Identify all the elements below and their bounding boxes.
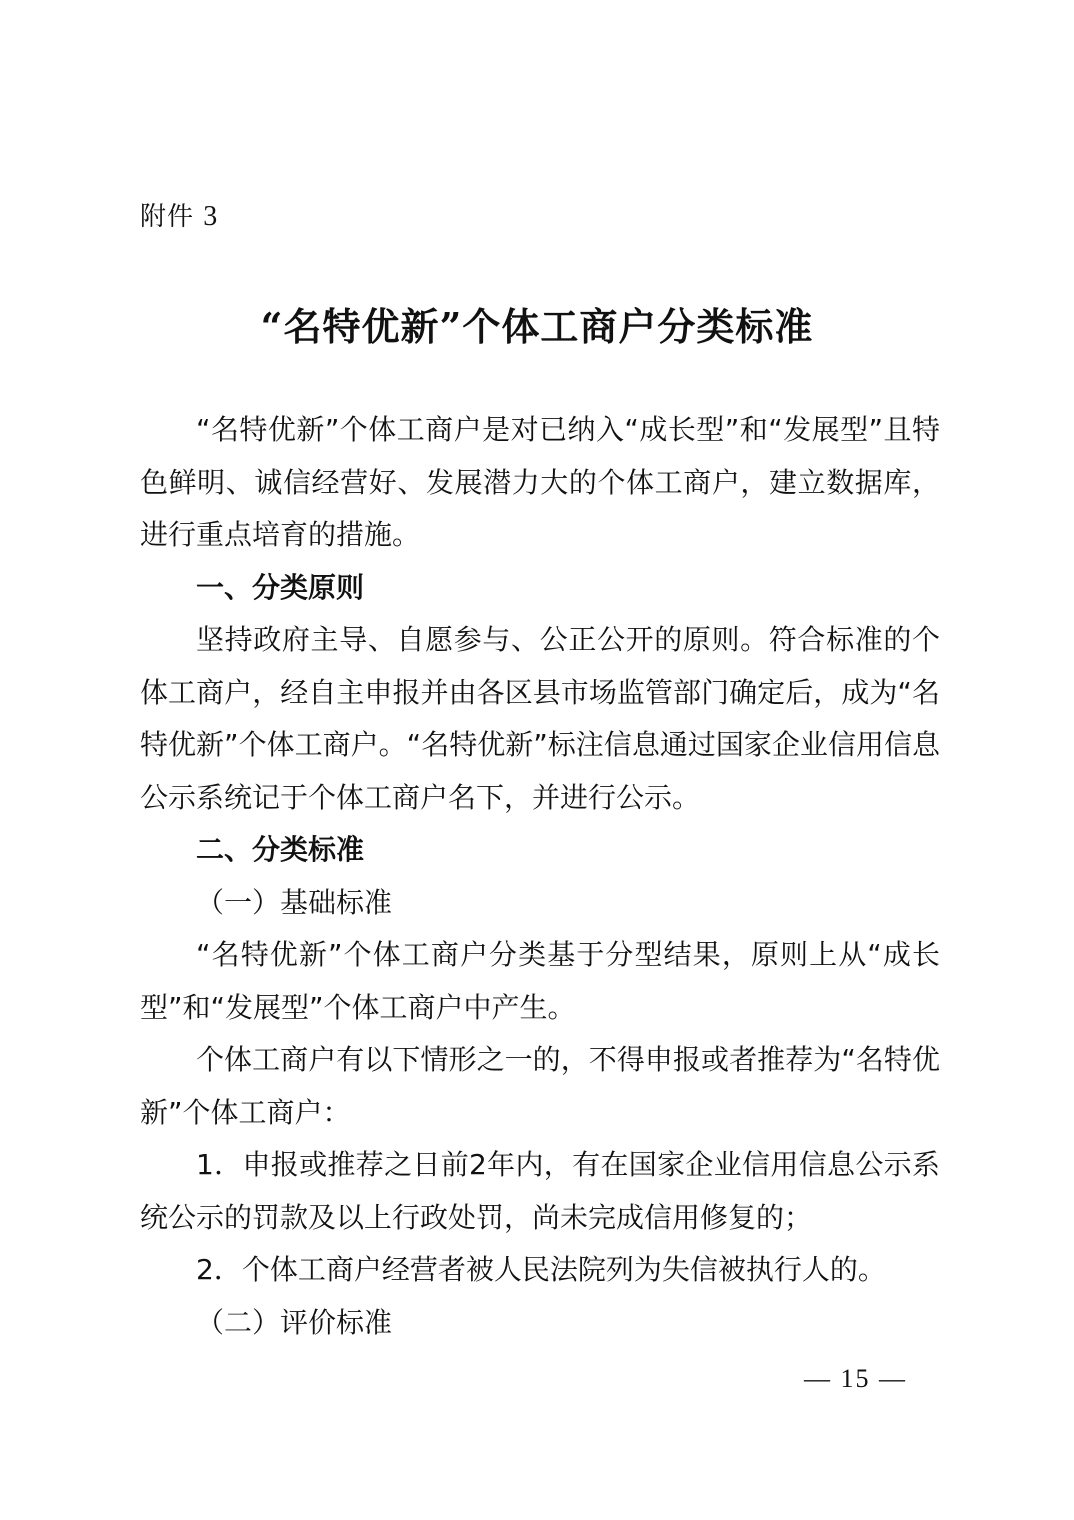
subsection-1-paragraph-1: “名特优新”个体工商户分类基于分型结果，原则上从“成长型”和“发展型”个体工商户… — [140, 929, 940, 1034]
attachment-label: 附件 3 — [140, 196, 218, 233]
document-page: 附件 3 “名特优新”个体工商户分类标准 “名特优新”个体工商户是对已纳入“成长… — [0, 0, 1074, 1520]
document-title: “名特优新”个体工商户分类标准 — [0, 296, 1074, 351]
intro-paragraph: “名特优新”个体工商户是对已纳入“成长型”和“发展型”且特色鲜明、诚信经营好、发… — [140, 404, 940, 562]
section-1-heading: 一、分类原则 — [140, 562, 940, 615]
page-number: — 15 — — [804, 1364, 907, 1394]
attachment-number: 3 — [203, 201, 218, 232]
subsection-2-heading: （二）评价标准 — [140, 1297, 940, 1350]
subsection-1-heading: （一）基础标准 — [140, 877, 940, 930]
attachment-text: 附件 — [140, 202, 194, 232]
document-body: “名特优新”个体工商户是对已纳入“成长型”和“发展型”且特色鲜明、诚信经营好、发… — [140, 404, 940, 1349]
section-1-paragraph: 坚持政府主导、自愿参与、公正公开的原则。符合标准的个体工商户，经自主申报并由各区… — [140, 614, 940, 824]
list-item-1: 1．申报或推荐之日前2年内，有在国家企业信用信息公示系统公示的罚款及以上行政处罚… — [140, 1139, 940, 1244]
list-item-2: 2．个体工商户经营者被人民法院列为失信被执行人的。 — [140, 1244, 940, 1297]
section-2-heading: 二、分类标准 — [140, 824, 940, 877]
subsection-1-paragraph-2: 个体工商户有以下情形之一的，不得申报或者推荐为“名特优新”个体工商户： — [140, 1034, 940, 1139]
